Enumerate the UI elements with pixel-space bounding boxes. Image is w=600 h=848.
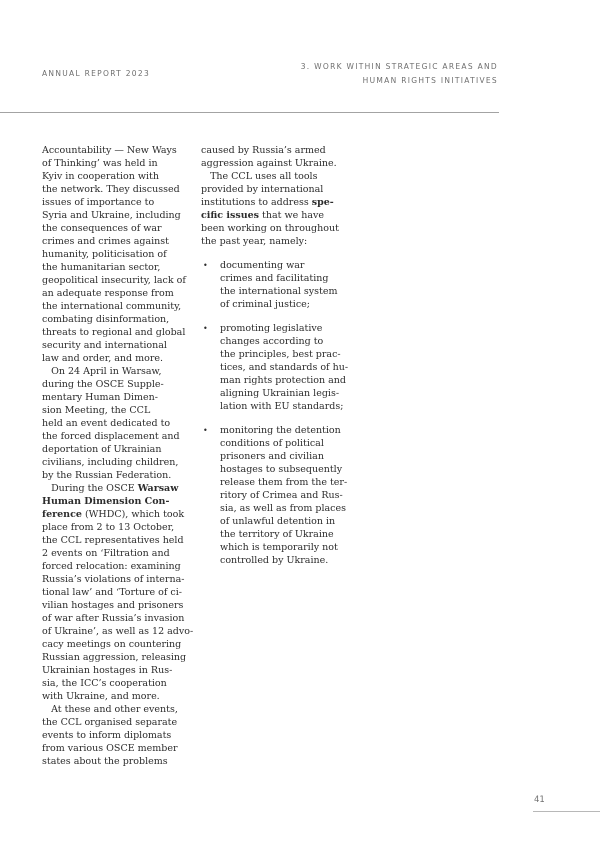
footer-rule — [533, 811, 600, 812]
left-text-segment-2: (WHDC), which took place from 2 to 13 Oc… — [42, 509, 193, 767]
list-item: • monitoring the detention conditions of… — [201, 424, 373, 567]
left-column-text: Accountability — New Ways of Thinking’ w… — [42, 144, 207, 768]
bullet-icon: • — [203, 322, 208, 335]
section-title: 3. WORK WITHIN STRATEGIC AREAS AND HUMAN… — [301, 60, 498, 87]
left-text-segment-1: Accountability — New Ways of Thinking’ w… — [42, 145, 186, 494]
bullet-text-promoting: promoting legislative changes according … — [220, 323, 348, 412]
list-item: • promoting legislative changes accordin… — [201, 322, 373, 413]
bullet-text-monitoring: monitoring the detention conditions of p… — [220, 425, 347, 566]
page-number: 41 — [534, 795, 545, 805]
section-title-line2: HUMAN RIGHTS INITIATIVES — [301, 74, 498, 88]
bullet-list: • documenting war crimes and facilitatin… — [201, 259, 373, 567]
bullet-icon: • — [203, 424, 208, 437]
report-page: ANNUAL REPORT 2023 3. WORK WITHIN STRATE… — [0, 0, 600, 848]
header-rule — [0, 112, 499, 113]
section-title-line1: 3. WORK WITHIN STRATEGIC AREAS AND — [301, 60, 498, 74]
right-column-paragraph: caused by Russia’s armed aggression agai… — [201, 144, 373, 248]
left-column: Accountability — New Ways of Thinking’ w… — [42, 144, 207, 768]
list-item: • documenting war crimes and facilitatin… — [201, 259, 373, 311]
right-column: caused by Russia’s armed aggression agai… — [201, 144, 373, 567]
bullet-text-documenting: documenting war crimes and facilitating … — [220, 260, 337, 310]
report-title-label: ANNUAL REPORT 2023 — [42, 69, 150, 78]
bullet-icon: • — [203, 259, 208, 272]
